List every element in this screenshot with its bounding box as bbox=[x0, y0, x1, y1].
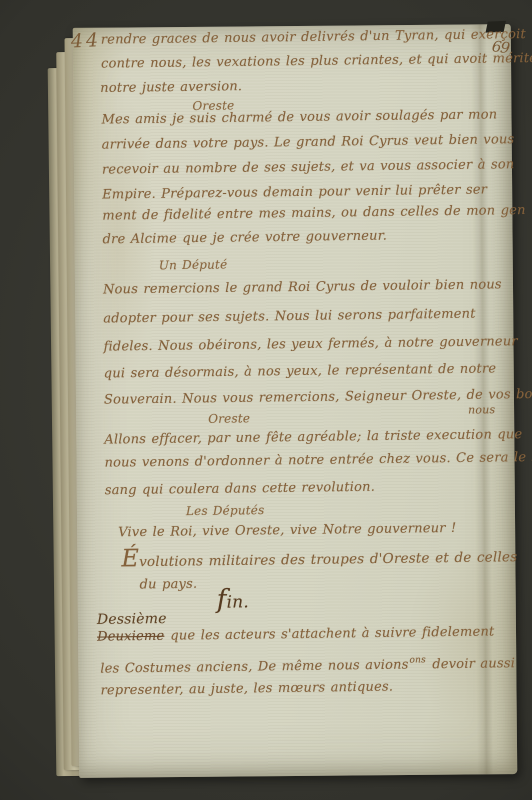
manuscript-line: representer, au juste, les mœurs antique… bbox=[100, 680, 393, 700]
manuscript-line: recevoir au nombre de ses sujets, et va … bbox=[102, 157, 515, 178]
manuscript-line: contre nous, les vexations les plus cria… bbox=[101, 51, 532, 73]
manuscript-page: 44 69 rendre graces de nous avoir delivr… bbox=[73, 24, 518, 778]
speaker-heading: Un Député bbox=[159, 256, 228, 273]
manuscript-line: adopter pour ses sujets. Nous lui serons… bbox=[103, 307, 476, 328]
manuscript-line: ment de fidelité entre mes mains, ou dan… bbox=[102, 203, 525, 225]
manuscript-line: Nous remercions le grand Roi Cyrus de vo… bbox=[103, 277, 502, 298]
manuscript-line: Vive le Roi, vive Oreste, vive Notre gou… bbox=[118, 521, 457, 541]
page-number: 44 bbox=[70, 29, 101, 52]
manuscript-line: nous venons d'ordonner à notre entrée ch… bbox=[104, 450, 532, 472]
manuscript-line: sang qui coulera dans cette revolution. bbox=[105, 480, 375, 500]
manuscript-line: rendre graces de nous avoir delivrés d'u… bbox=[101, 27, 526, 49]
manuscript-line: Empire. Préparez-vous demain pour venir … bbox=[102, 182, 487, 203]
manuscript-line: arrivée dans votre pays. Le grand Roi Cy… bbox=[102, 132, 515, 153]
manuscript-line: qui sera désormais, à nos yeux, le repré… bbox=[104, 361, 497, 382]
manuscript-line: notre juste aversion. bbox=[100, 79, 242, 97]
manuscript-line: Allons effacer, par une fête agréable; l… bbox=[104, 427, 522, 448]
manuscript-line: les Costumes anciens, De même nous avion… bbox=[100, 651, 515, 677]
fin-marker: fin. bbox=[217, 594, 249, 610]
manuscript-line: du pays. bbox=[139, 577, 197, 594]
manuscript-line: Évolutions militaires des troupes d'Ores… bbox=[121, 548, 517, 570]
manuscript-line: Mes amis je suis charmé de vous avoir so… bbox=[101, 107, 497, 128]
catchword: nous bbox=[468, 402, 495, 418]
speaker-heading: Les Députés bbox=[186, 502, 265, 519]
manuscript-line: fideles. Nous obéirons, les yeux fermés,… bbox=[103, 334, 517, 355]
manuscript-text: rendre graces de nous avoir delivrés d'u… bbox=[73, 24, 511, 28]
manuscript-line: dre Alcime que je crée votre gouverneur. bbox=[102, 229, 387, 249]
manuscript-line: Deuxiemeque les acteurs s'attachent à su… bbox=[97, 624, 495, 645]
speaker-heading: Oreste bbox=[208, 410, 250, 427]
manuscript-line: Dessième bbox=[97, 611, 167, 628]
scan-background: 44 69 rendre graces de nous avoir delivr… bbox=[0, 0, 532, 800]
